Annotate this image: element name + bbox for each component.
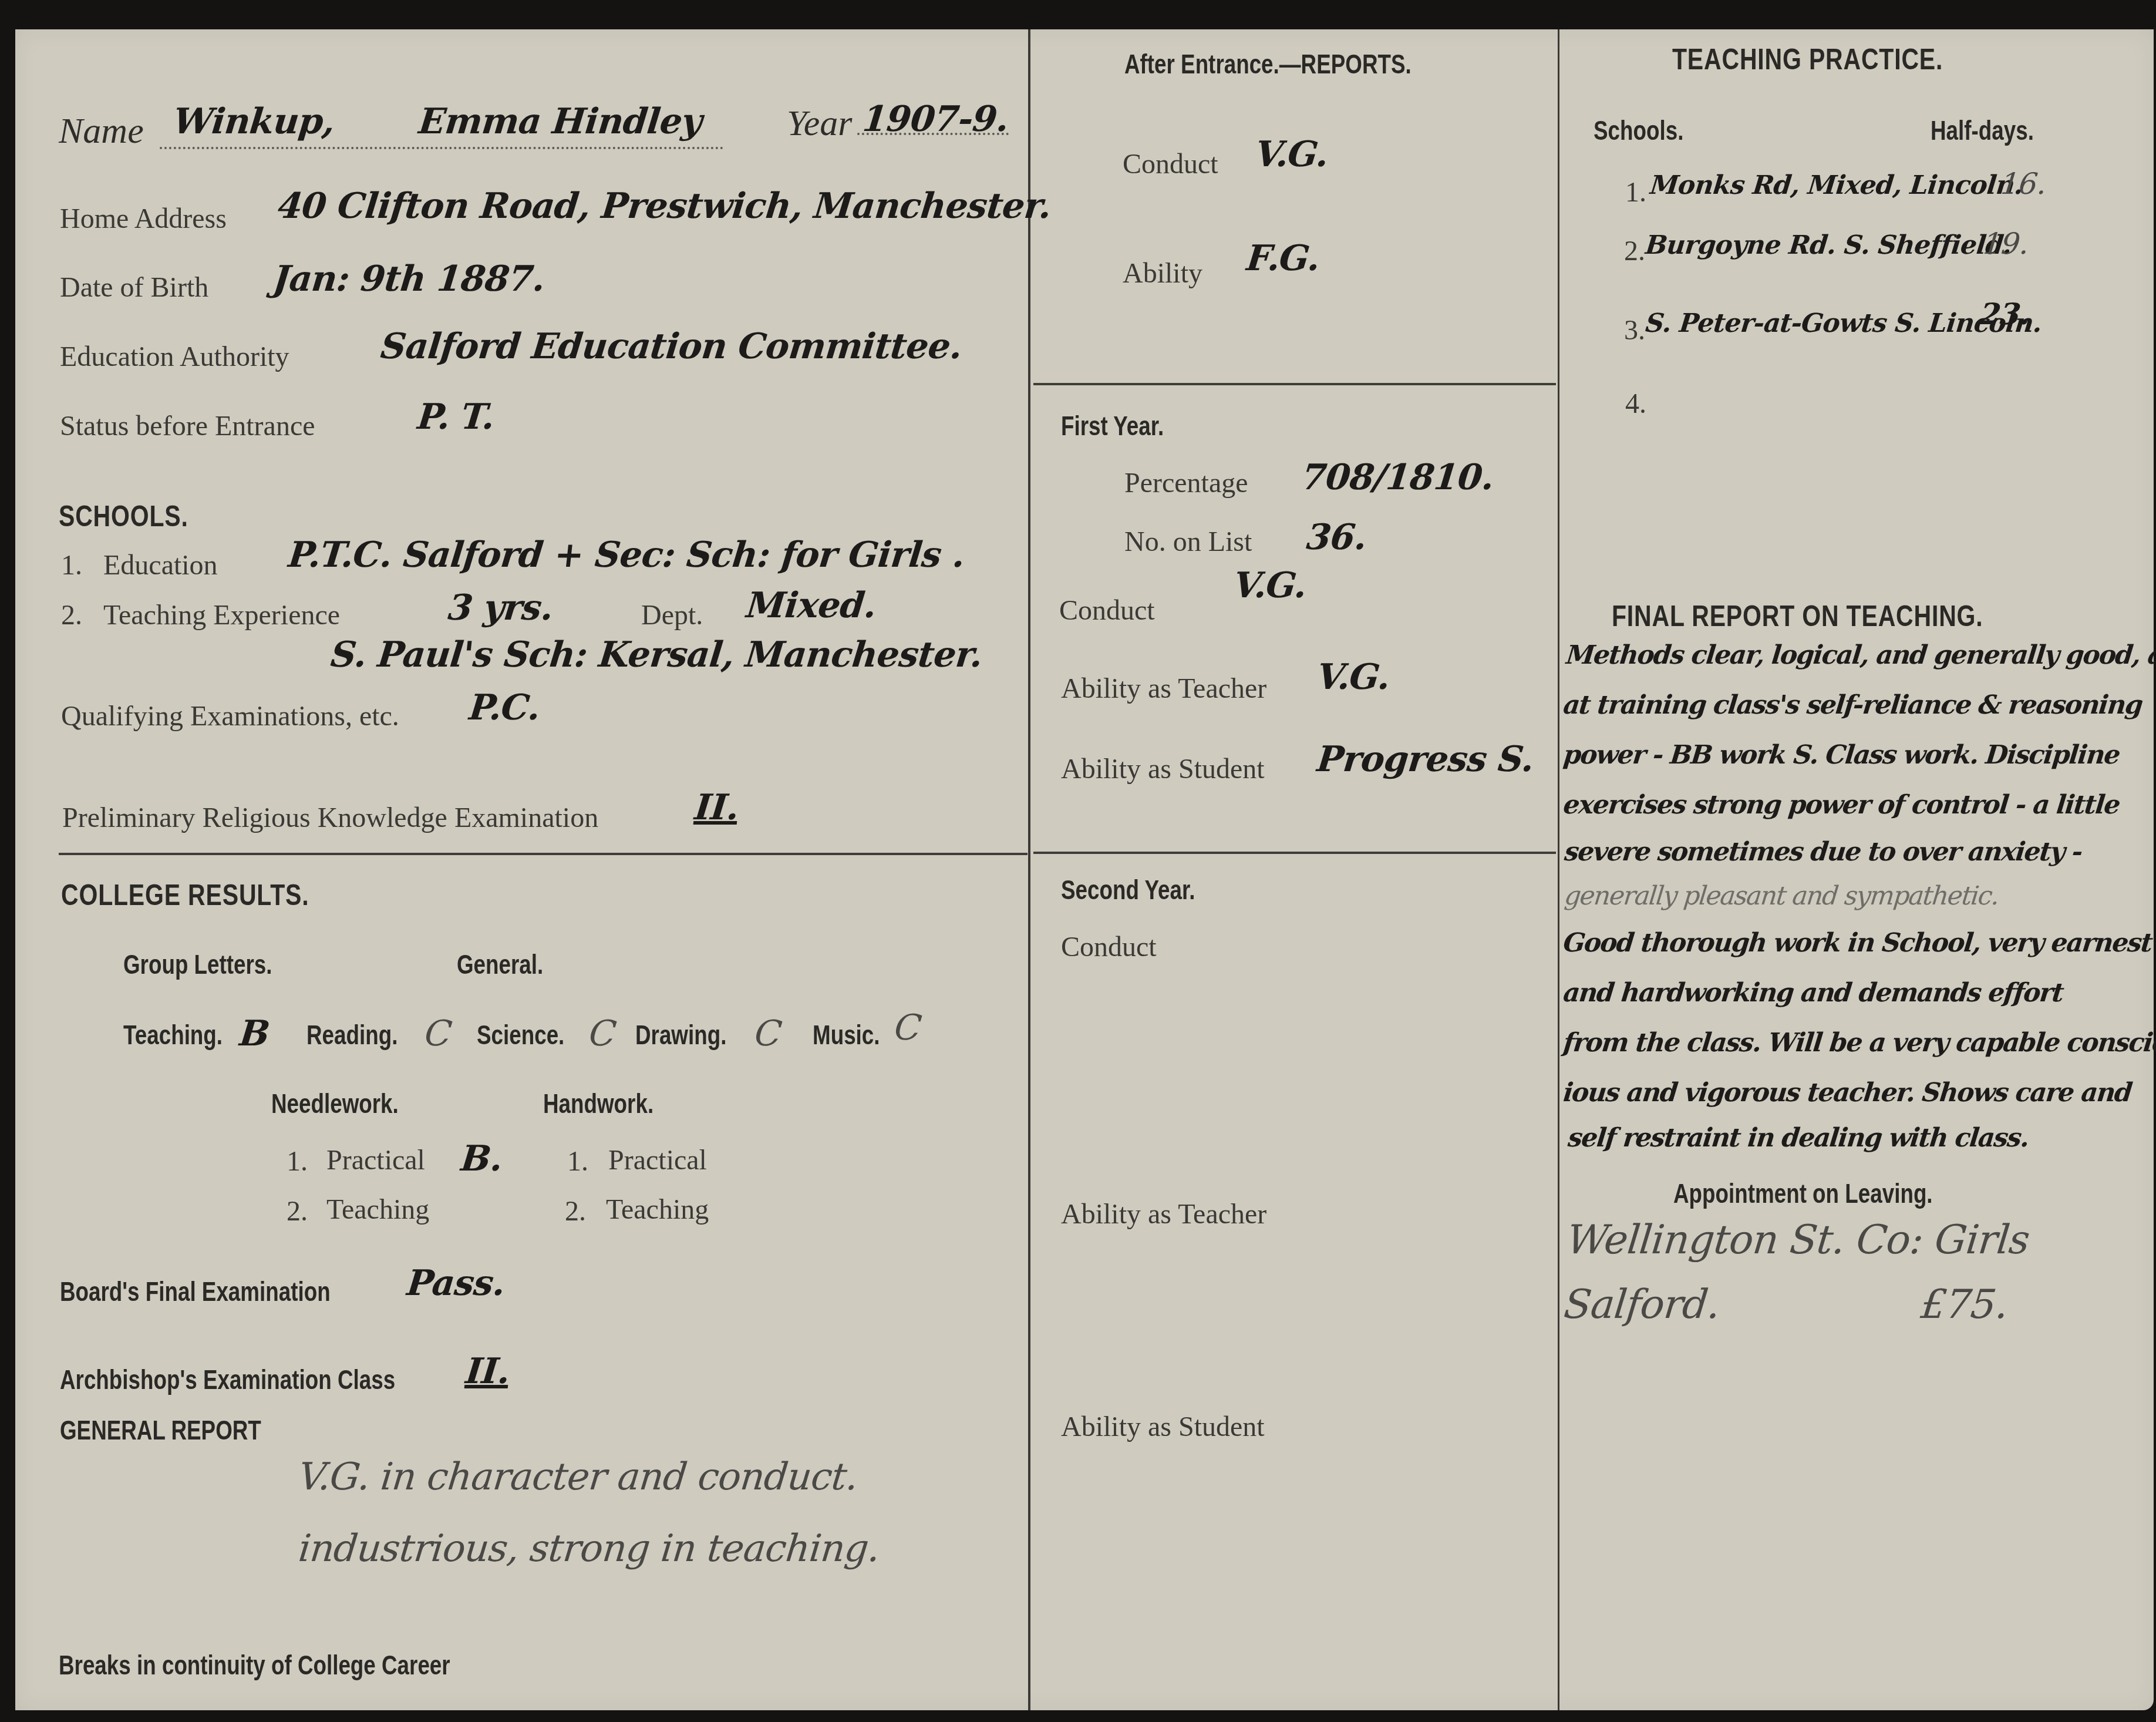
archbishop-label: Archbishop's Examination Class xyxy=(60,1364,395,1395)
education-label: Education xyxy=(103,549,218,581)
dept-value: Mixed. xyxy=(745,585,878,626)
status-label: Status before Entrance xyxy=(60,410,315,442)
prelim-value: II. xyxy=(693,787,740,828)
edu-authority-value: Salford Education Committee. xyxy=(379,326,964,367)
tp-entry-2-halfdays: 19. xyxy=(1982,227,2030,261)
second-year-conduct-label: Conduct xyxy=(1061,931,1157,963)
after-entrance-ability-value: F.G. xyxy=(1245,238,1322,279)
subject-teaching-grade: B xyxy=(238,1013,271,1054)
home-address-value: 40 Clifton Road, Prestwich, Manchester. xyxy=(276,186,1053,227)
final-report-line-2: at training class's self-reliance & reas… xyxy=(1562,690,2144,720)
second-year-heading: Second Year. xyxy=(1061,874,1195,906)
handwork-practical-label: Practical xyxy=(608,1144,707,1176)
group-letters-label: Group Letters. xyxy=(123,949,272,980)
subject-reading-label: Reading. xyxy=(306,1019,397,1051)
final-report-line-5: severe sometimes due to over anxiety - xyxy=(1563,837,2083,867)
subject-teaching-label: Teaching. xyxy=(123,1019,223,1051)
subject-music-grade: C xyxy=(892,1007,923,1048)
tp-entry-1-number: 1. xyxy=(1625,176,1646,208)
subject-music-label: Music. xyxy=(813,1019,880,1051)
final-report-line-8: and hardworking and demands effort xyxy=(1562,978,2064,1008)
percentage-label: Percentage xyxy=(1124,467,1248,499)
second-year-student-label: Ability as Student xyxy=(1061,1411,1265,1443)
tp-entry-4-number: 4. xyxy=(1625,388,1646,420)
schools-column-label: Schools. xyxy=(1594,115,1683,146)
needlework-practical-number: 1. xyxy=(287,1145,308,1178)
final-report-line-11: self restraint in dealing with class. xyxy=(1567,1123,2030,1153)
rule-mid-first-second xyxy=(1033,852,1556,854)
status-value: P. T. xyxy=(416,396,496,438)
name-forenames: Emma Hindley xyxy=(417,101,704,142)
needlework-teaching-label: Teaching xyxy=(326,1193,429,1226)
qualifying-label: Qualifying Examinations, etc. xyxy=(61,700,399,732)
tp-entry-1-school: Monks Rd, Mixed, Lincoln. xyxy=(1649,170,2024,200)
archbishop-value: II. xyxy=(464,1351,511,1392)
rule-mid-after-first xyxy=(1033,383,1556,385)
ability-student-value: Progress S. xyxy=(1315,739,1535,780)
rule-left-schools-college xyxy=(59,853,1028,855)
breaks-label: Breaks in continuity of College Career xyxy=(59,1649,450,1681)
needlework-label: Needlework. xyxy=(271,1088,399,1119)
subject-reading-grade: C xyxy=(423,1013,453,1054)
column-divider-right xyxy=(1558,29,1559,1710)
final-report-line-3: power - BB work S. Class work. Disciplin… xyxy=(1562,740,2121,770)
dob-label: Date of Birth xyxy=(60,271,208,304)
second-year-teacher-label: Ability as Teacher xyxy=(1061,1198,1266,1230)
schools-heading: SCHOOLS. xyxy=(59,499,188,533)
needlework-practical-grade: B. xyxy=(459,1138,504,1179)
first-year-conduct-value: V.G. xyxy=(1232,565,1308,606)
subject-science-label: Science. xyxy=(477,1019,564,1051)
final-report-line-1: Methods clear, logical, and generally go… xyxy=(1565,640,2156,670)
year-label: Year xyxy=(787,103,852,144)
ability-student-label: Ability as Student xyxy=(1061,753,1265,785)
prelim-label: Preliminary Religious Knowledge Examinat… xyxy=(62,802,598,834)
education-number: 1. xyxy=(61,549,82,581)
tp-entry-3-number: 3. xyxy=(1624,314,1645,347)
experience-label: Teaching Experience xyxy=(103,599,340,631)
college-results-heading: COLLEGE RESULTS. xyxy=(61,878,309,912)
final-report-line-10: ious and vigorous teacher. Shows care an… xyxy=(1562,1078,2133,1108)
name-dotted-line xyxy=(160,147,723,149)
first-year-heading: First Year. xyxy=(1061,410,1164,442)
after-entrance-conduct-label: Conduct xyxy=(1123,148,1218,180)
dob-value: Jan: 9th 1887. xyxy=(271,258,547,300)
column-divider-left xyxy=(1028,29,1030,1710)
percentage-value: 708/1810. xyxy=(1300,457,1495,498)
experience-school: S. Paul's Sch: Kersal, Manchester. xyxy=(329,634,984,675)
final-report-heading: FINAL REPORT ON TEACHING. xyxy=(1612,599,1983,633)
needlework-practical-label: Practical xyxy=(326,1144,425,1176)
subject-drawing-grade: C xyxy=(753,1013,783,1054)
halfdays-column-label: Half-days. xyxy=(1931,115,2034,146)
boards-final-value: Pass. xyxy=(405,1263,507,1304)
ability-teacher-label: Ability as Teacher xyxy=(1061,672,1266,705)
subject-drawing-label: Drawing. xyxy=(635,1019,726,1051)
needlework-teaching-number: 2. xyxy=(287,1195,308,1227)
edu-authority-label: Education Authority xyxy=(60,341,289,373)
tp-entry-2-number: 2. xyxy=(1624,235,1645,267)
tp-entry-1-halfdays: 16. xyxy=(1999,167,2048,201)
experience-number: 2. xyxy=(61,599,82,631)
qualifying-value: P.C. xyxy=(467,687,542,728)
boards-final-label: Board's Final Examination xyxy=(60,1276,331,1307)
handwork-label: Handwork. xyxy=(543,1088,653,1119)
ability-teacher-value: V.G. xyxy=(1315,657,1392,698)
handwork-teaching-label: Teaching xyxy=(606,1193,709,1226)
handwork-teaching-number: 2. xyxy=(565,1195,586,1227)
handwork-practical-number: 1. xyxy=(567,1145,588,1178)
general-report-line-2: industrious, strong in teaching. xyxy=(297,1527,882,1570)
appointment-heading: Appointment on Leaving. xyxy=(1673,1178,1933,1209)
name-surname: Winkup, xyxy=(171,101,336,142)
year-value: 1907-9. xyxy=(861,99,1010,140)
dept-label: Dept. xyxy=(641,599,703,631)
final-report-line-9: from the class. Will be a very capable c… xyxy=(1562,1028,2156,1058)
appointment-line-2: Salford. xyxy=(1562,1282,1722,1328)
tp-entry-3-halfdays: 23. xyxy=(1979,297,2032,331)
final-report-line-4: exercises strong power of control - a li… xyxy=(1562,790,2121,820)
appointment-salary: £75. xyxy=(1919,1282,2010,1328)
tp-entry-2-school: Burgoyne Rd. S. Sheffield. xyxy=(1644,230,2013,260)
subject-science-grade: C xyxy=(587,1013,618,1054)
after-entrance-heading: After Entrance.—REPORTS. xyxy=(1124,48,1411,80)
after-entrance-conduct-value: V.G. xyxy=(1254,134,1330,175)
general-label: General. xyxy=(457,949,543,980)
after-entrance-ability-label: Ability xyxy=(1123,257,1202,290)
no-on-list-value: 36. xyxy=(1305,517,1369,558)
education-value: P.T.C. Salford + Sec: Sch: for Girls . xyxy=(287,534,966,576)
teaching-practice-heading: TEACHING PRACTICE. xyxy=(1672,42,1943,76)
appointment-line-1: Wellington St. Co: Girls xyxy=(1565,1217,2032,1263)
final-report-line-7: Good thorough work in School, very earne… xyxy=(1562,928,2153,958)
no-on-list-label: No. on List xyxy=(1124,526,1252,558)
final-report-line-6: generally pleasant and sympathetic. xyxy=(1563,881,2000,911)
general-report-label: GENERAL REPORT xyxy=(60,1414,261,1446)
first-year-conduct-label: Conduct xyxy=(1059,594,1155,627)
home-address-label: Home Address xyxy=(60,203,227,235)
experience-years: 3 yrs. xyxy=(446,587,555,628)
general-report-line-1: V.G. in character and conduct. xyxy=(297,1455,860,1499)
name-label: Name xyxy=(59,110,144,152)
